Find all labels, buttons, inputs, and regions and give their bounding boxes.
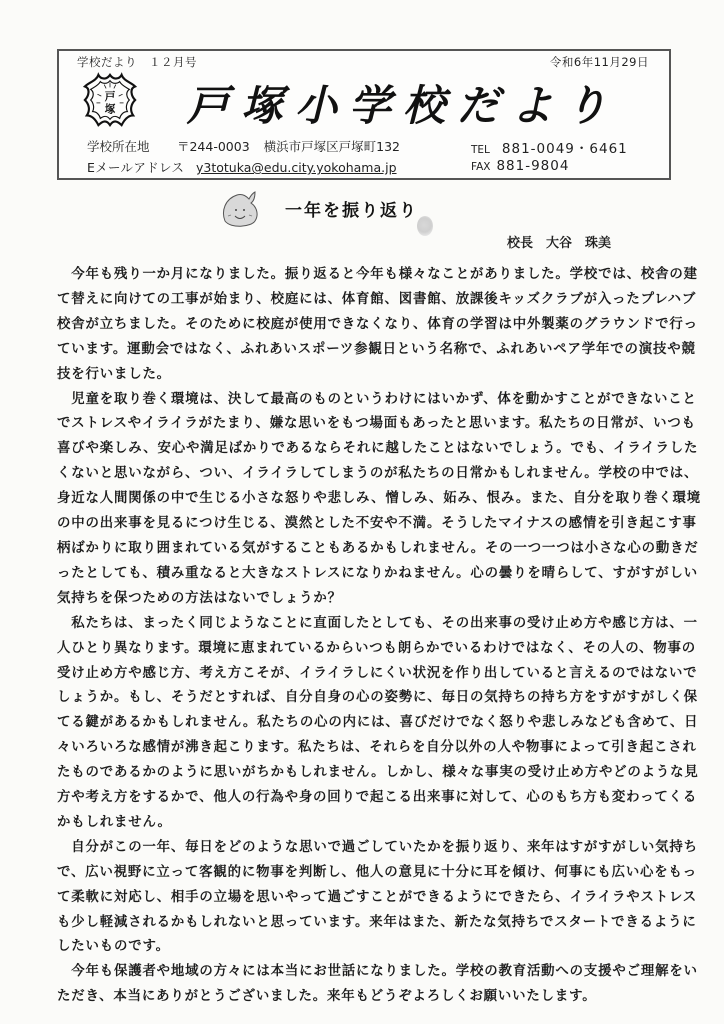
text-line: 自分がこの一年、毎日をどのような思いで過ごしていたかを振り返り、来年はすがすがし… — [57, 836, 677, 861]
zip-code: 〒244-0003 — [177, 137, 250, 155]
text-line: ただき、本当にありがとうございました。来年もどうぞよろしくお願いいたします。 — [57, 985, 677, 1010]
text-line: 方や考え方をするかで、他人の行為や身の回りで起こる出来事に対して、心のもち方も変… — [57, 786, 677, 811]
text-line: 技を行いました。 — [57, 363, 677, 388]
paragraph-1: 今年も残り一か月になりました。振り返ると今年も様々なことがありました。学校では、… — [57, 263, 677, 388]
text-line: 児童を取り巻く環境は、決して最高のものというわけにはいかず、体を動かすことができ… — [57, 388, 677, 413]
email-link[interactable]: y3totuka@edu.city.yokohama.jp — [196, 160, 397, 175]
text-line: したいものです。 — [57, 935, 677, 960]
newsletter-header: 学校だより １２月号 令和6年11月29日 戸 塚 戸塚小学校だより 学校所在地… — [57, 49, 671, 180]
article-title: 一年を振り返り — [285, 196, 418, 221]
tel-row: TEL881-0049・6461 — [471, 137, 628, 157]
masthead-title: 戸塚小学校だより — [187, 73, 619, 133]
text-line: 今年も保護者や地域の方々には本当にお世話になりました。学校の教育活動への支援やご… — [57, 960, 677, 985]
paragraph-3: 私たちは、まったく同じようなことに直面したとしても、その出来事の受け止め方や感じ… — [57, 612, 677, 836]
text-line: 喜びや楽しみ、安心や満足ばかりであるならそれに越したことはないでしょう。でも、イ… — [57, 437, 677, 462]
text-line: でストレスやイライラがたまり、嫌な思いをもつ場面もあったと思います。私たちの日常… — [57, 412, 677, 437]
article-body: 今年も残り一か月になりました。振り返ると今年も様々なことがありました。学校では、… — [57, 263, 677, 1010]
text-line: たものであるかのように思いがちかもしれません。しかし、様々な事実の受け止め方やど… — [57, 761, 677, 786]
text-line: 気持ちを保つための方法はないでしょうか？ — [57, 587, 677, 612]
issue-date: 令和6年11月29日 — [550, 54, 649, 70]
paragraph-2: 児童を取り巻く環境は、決して最高のものというわけにはいかず、体を動かすことができ… — [57, 388, 677, 612]
issue-label: 学校だより １２月号 — [77, 54, 197, 70]
address-text: 横浜市戸塚区戸塚町132 — [264, 137, 400, 155]
text-line: ったとしても、積み重なると大きなストレスになりかねません。心の曇りを晴らして、す… — [57, 562, 677, 587]
text-line: しょうか。もし、そうだとすれば、自分自身の心の姿勢に、毎日の気持ちの持ち方をすが… — [57, 686, 677, 711]
text-line: くないと思いながら、つい、イライラしてしまうのが私たちの日常かもしれません。学校… — [57, 462, 677, 487]
text-line: も少し軽減されるかもしれないと思っています。来年はまた、新たな気持ちでスタートで… — [57, 911, 677, 936]
email-label: Eメールアドレス — [87, 158, 192, 176]
text-line: 人ひとり異なります。環境に恵まれているからいつも朗らかでいるわけではなく、その人… — [57, 637, 677, 662]
tel-label: TEL — [471, 144, 490, 156]
text-line: 柄ばかりに取り囲まれている気がすることもあるかもしれません。その一つ一つは小さな… — [57, 537, 677, 562]
school-emblem-icon: 戸 塚 — [81, 71, 139, 129]
text-line: かもしれません。 — [57, 811, 677, 836]
text-line: 々いろいろな感情が沸き起こります。私たちは、それらを自分以外の人や物事によって引… — [57, 736, 677, 761]
text-line: 校舎が立ちました。そのために校庭が使用できなくなり、体育の学習は中外製薬のグラウ… — [57, 313, 677, 338]
svg-text:塚: 塚 — [105, 103, 116, 116]
paragraph-4: 自分がこの一年、毎日をどのような思いで過ごしていたかを振り返り、来年はすがすがし… — [57, 836, 677, 961]
fax-label: FAX — [471, 161, 490, 173]
text-line: て替えに向けての工事が始まり、校庭には、体育館、図書館、放課後キッズクラブが入っ… — [57, 288, 677, 313]
text-line: てる鍵があるかもしれません。私たちの心の内には、喜びだけでなく怒りや悲しみなども… — [57, 711, 677, 736]
petal-mascot-icon — [219, 191, 261, 229]
text-line: 今年も残り一か月になりました。振り返ると今年も様々なことがありました。学校では、… — [57, 263, 677, 288]
text-line: 受け止め方や感じ方、考え方こそが、イライラしにくい状況を作り出していると言えるの… — [57, 662, 677, 687]
tel-number: 881-0049・6461 — [502, 141, 628, 157]
fax-row: FAX881-9804 — [471, 158, 569, 174]
fax-number: 881-9804 — [496, 158, 569, 174]
email-row: Eメールアドレス y3totuka@edu.city.yokohama.jp — [87, 158, 397, 176]
text-line: 私たちは、まったく同じようなことに直面したとしても、その出来事の受け止め方や感じ… — [57, 612, 677, 637]
text-line: ています。運動会ではなく、ふれあいスポーツ参観日という名称で、ふれあいペア学年で… — [57, 338, 677, 363]
scan-smudge — [417, 216, 433, 236]
text-line: で、広い視野に立って客観的に物事を判断し、他人の意見に十分に耳を傾け、何事にも広… — [57, 861, 677, 886]
article-author: 校長 大谷 珠美 — [507, 232, 611, 251]
address-row: 学校所在地 〒244-0003 横浜市戸塚区戸塚町132 — [87, 137, 400, 155]
paragraph-5: 今年も保護者や地域の方々には本当にお世話になりました。学校の教育活動への支援やご… — [57, 960, 677, 1010]
address-label: 学校所在地 — [87, 137, 173, 155]
text-line: の中の出来事を見るにつけ生じる、漠然とした不安や不満。そうしたマイナスの感情を引… — [57, 512, 677, 537]
svg-text:戸: 戸 — [104, 90, 116, 103]
text-line: て柔軟に対応し、相手の立場を思いやって過ごすことができるようにできたら、イライラ… — [57, 886, 677, 911]
text-line: 身近な人間関係の中で生じる小さな怒りや悲しみ、憎しみ、妬み、恨み。また、自分を取… — [57, 487, 677, 512]
